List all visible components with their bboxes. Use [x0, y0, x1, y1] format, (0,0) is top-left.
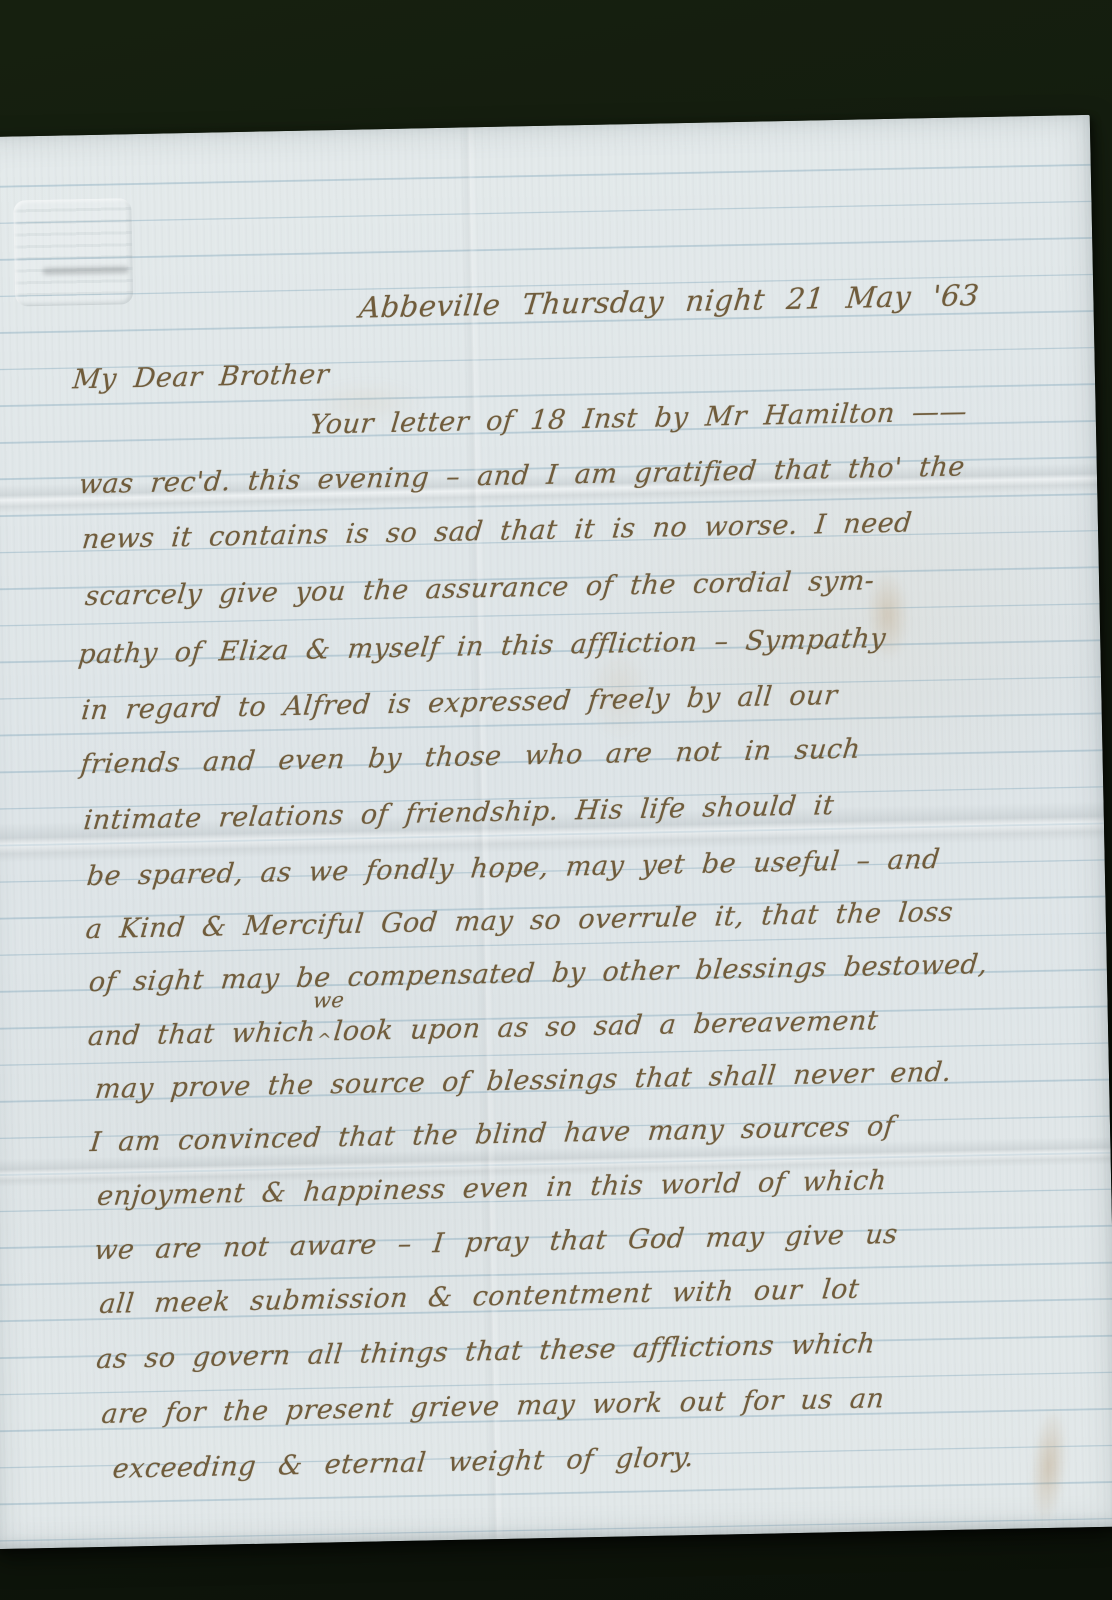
- insertion-line-pre: and that which: [86, 1017, 317, 1053]
- letter-paper: Abbeville Thursday night 21 May '63 My D…: [0, 115, 1112, 1549]
- handwriting-line: are for the present grieve may work out …: [100, 1383, 886, 1431]
- handwriting-line: Your letter of 18 Inst by Mr Hamilton ——: [308, 396, 969, 441]
- handwriting-line: enjoyment & happiness even in this world…: [96, 1165, 889, 1213]
- handwriting-line: was rec'd. this evening – and I am grati…: [77, 451, 966, 501]
- place-date-line: Abbeville Thursday night 21 May '63: [358, 279, 981, 324]
- handwriting-line: friends and even by those who are not in…: [79, 734, 862, 782]
- handwriting-line: intimate relations of friendship. His li…: [82, 790, 836, 837]
- handwriting-line: pathy of Eliza & myself in this afflicti…: [77, 623, 888, 671]
- handwriting-line: of sight may be compensated by other ble…: [87, 949, 989, 999]
- handwriting-line: may prove the source of blessings that s…: [93, 1057, 953, 1106]
- salutation: My Dear Brother: [71, 359, 331, 396]
- ink-stain: [1026, 1405, 1072, 1528]
- handwriting-line: I am convinced that the blind have many …: [89, 1111, 896, 1159]
- handwriting-line: a Kind & Merciful God may so overrule it…: [84, 897, 954, 946]
- handwriting-line-with-insertion: and that whichwe^look upon as so sad a b…: [86, 1005, 879, 1053]
- handwriting-line: news it contains is so sad that it is no…: [80, 507, 913, 556]
- handwriting-line: as so govern all things that these affli…: [95, 1328, 877, 1376]
- handwriting-line: scarcely give you the assurance of the c…: [84, 565, 876, 613]
- handwriting-line: exceeding & eternal weight of glory.: [111, 1442, 696, 1486]
- handwriting-line: all meek submission & contentment with o…: [98, 1274, 861, 1321]
- embossed-stationer-seal: [13, 198, 133, 306]
- handwriting-line: be spared, as we fondly hope, may yet be…: [85, 844, 941, 893]
- inserted-word: we: [311, 984, 346, 1017]
- pencil-smudge: [43, 266, 129, 275]
- caret-icon: ^: [315, 1024, 333, 1056]
- handwriting-line: in regard to Alfred is expressed freely …: [80, 680, 839, 727]
- photo-background: Abbeville Thursday night 21 May '63 My D…: [0, 0, 1112, 1600]
- handwriting-line: we are not aware – I pray that God may g…: [93, 1219, 900, 1267]
- insertion-marker: we^: [315, 1030, 334, 1040]
- insertion-line-post: look upon as so sad a bereavement: [332, 1005, 880, 1047]
- fold-crease-vertical: [460, 127, 504, 1539]
